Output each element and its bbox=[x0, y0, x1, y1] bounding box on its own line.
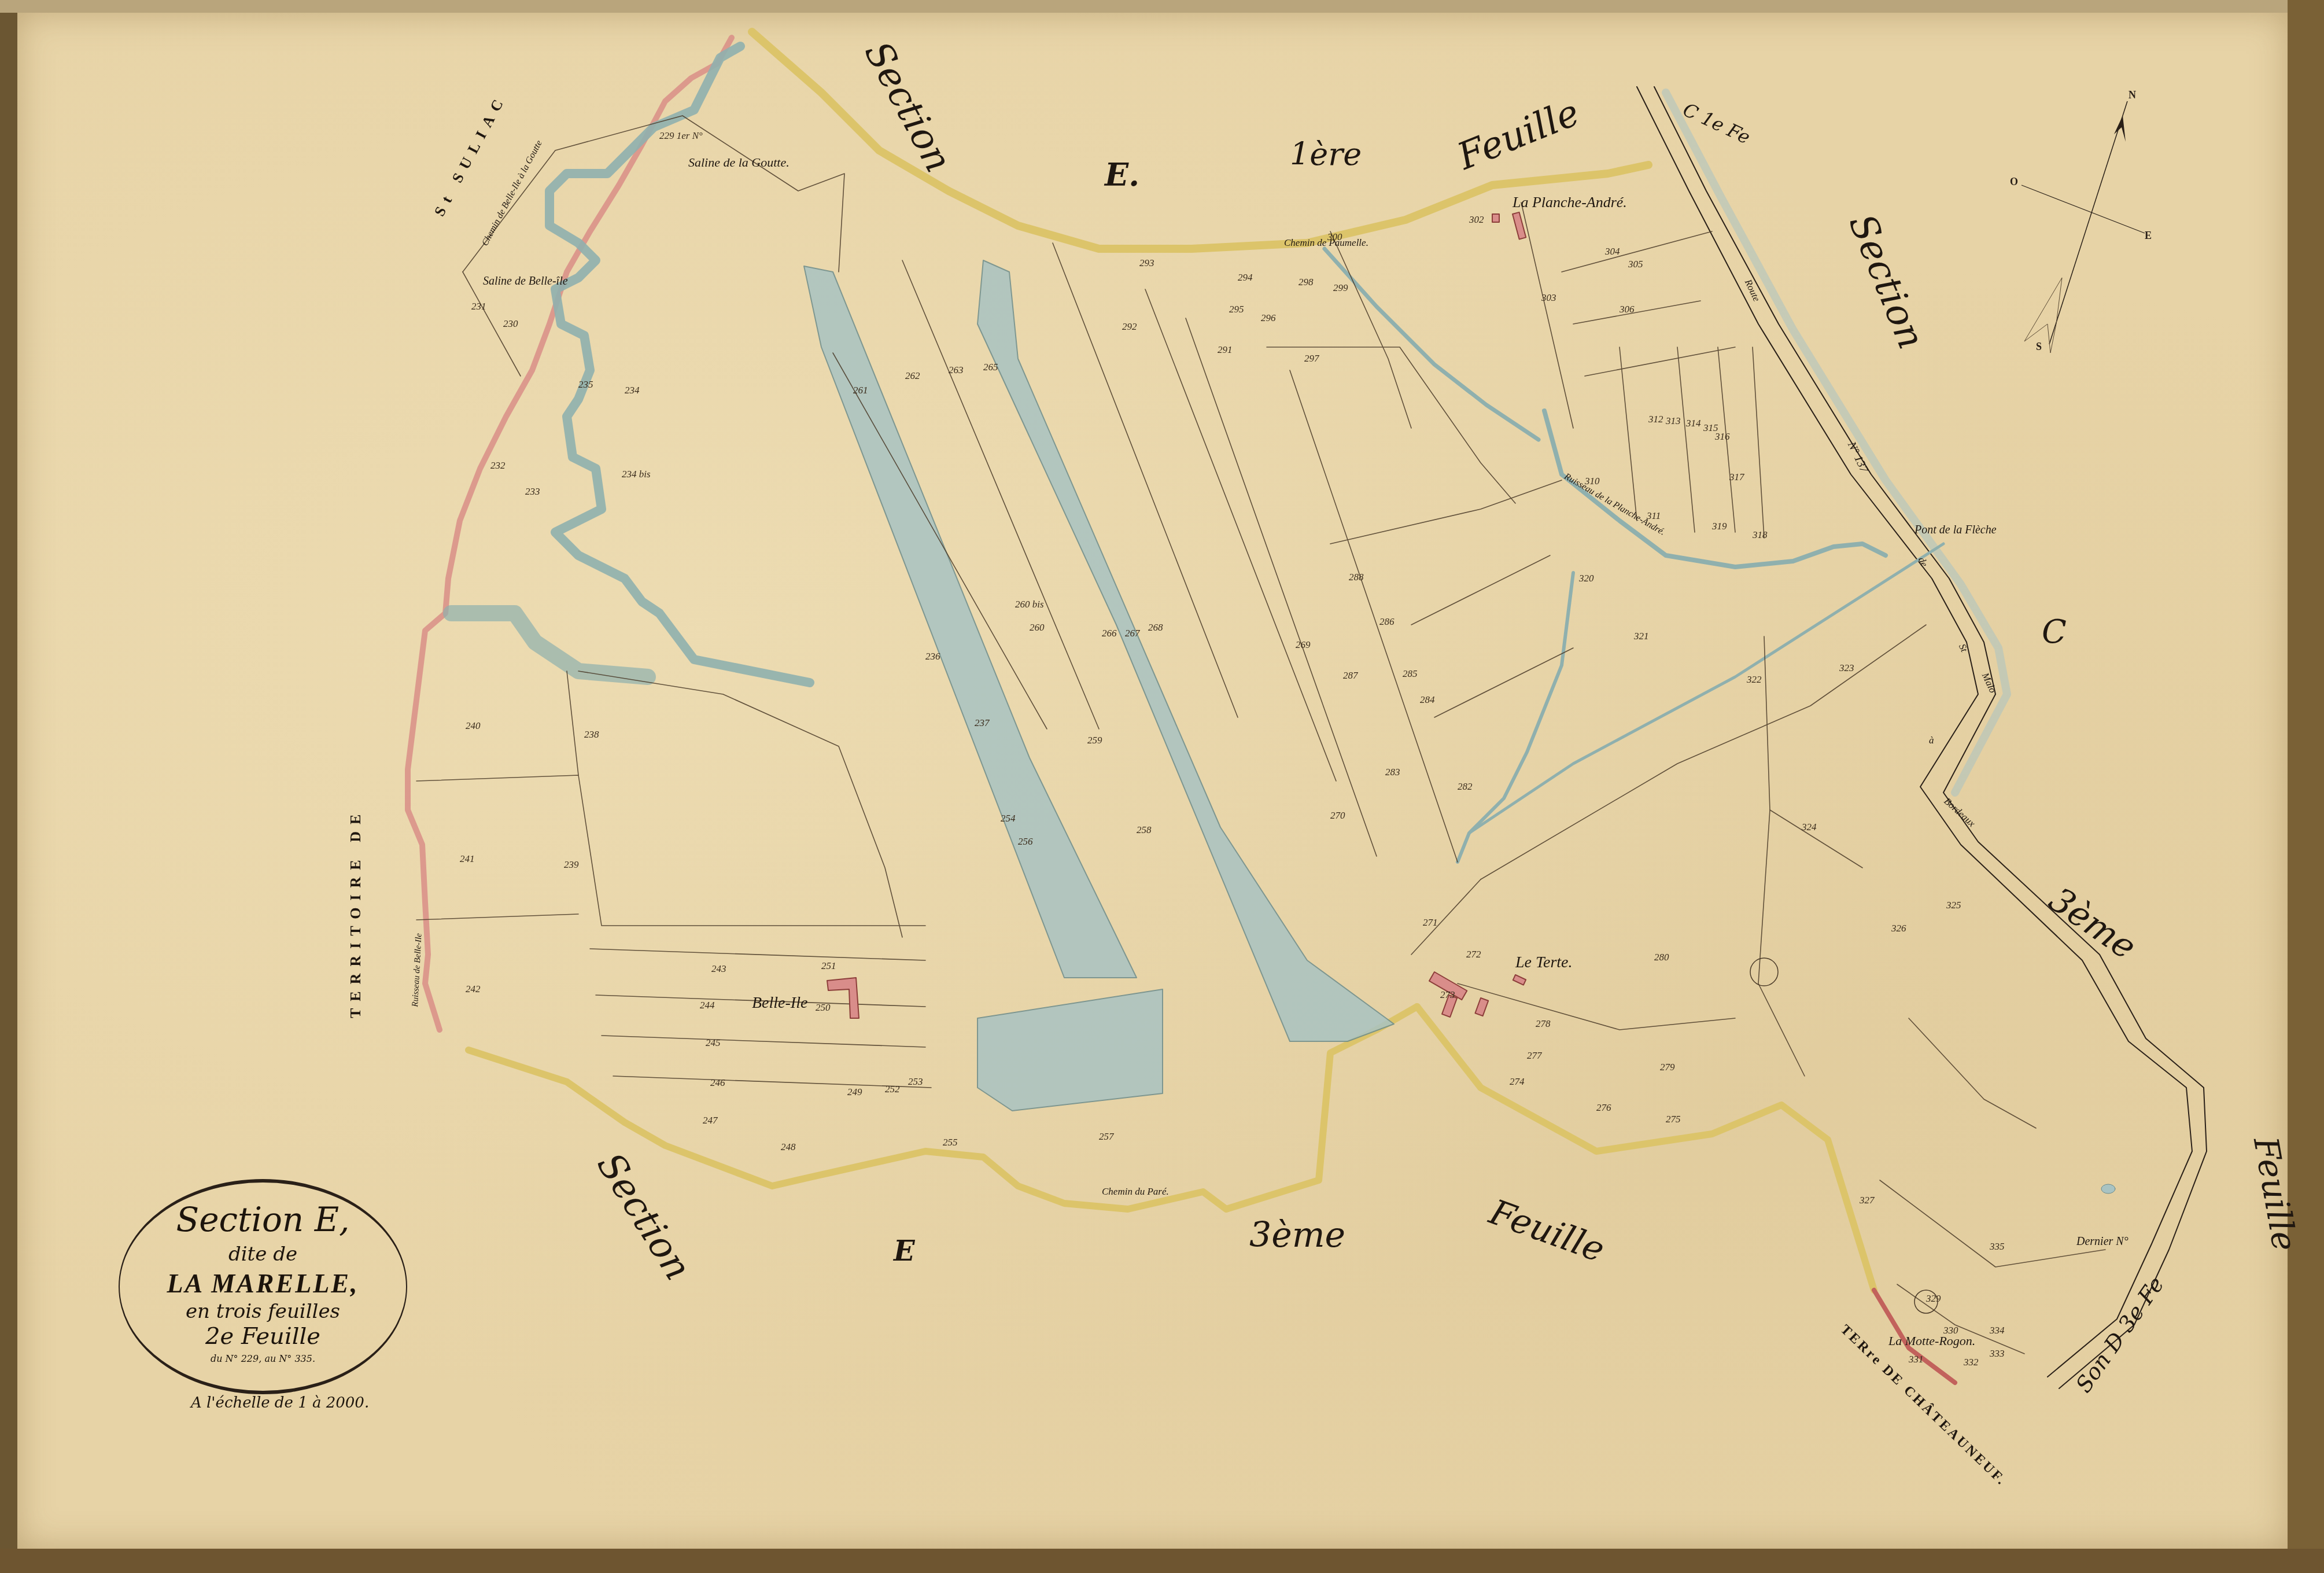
parcel-number: 260 bbox=[1030, 622, 1045, 633]
parcel-number: 237 bbox=[975, 717, 990, 729]
parcel-number: 240 bbox=[466, 720, 481, 732]
parcel-number: 265 bbox=[983, 362, 998, 373]
parcel-number: 267 bbox=[1125, 628, 1140, 639]
parcel-number: 262 bbox=[905, 370, 920, 382]
parcel-number: 293 bbox=[1139, 257, 1154, 269]
cartouche-range: du N° 229, au N° 335. bbox=[120, 1353, 406, 1364]
parcel-number: 286 bbox=[1379, 616, 1395, 628]
stream-diagonal bbox=[1469, 544, 1943, 833]
parcel-number: 274 bbox=[1510, 1076, 1525, 1088]
road-route-a: à bbox=[1929, 735, 1934, 746]
parcel-number: 330 bbox=[1943, 1325, 1958, 1336]
label-bottom-sheet-number: 3ème bbox=[1249, 1215, 1345, 1255]
compass-east-label: E bbox=[2145, 230, 2152, 241]
parcel-number: 260 bis bbox=[1015, 599, 1044, 610]
parcel-number: 300 bbox=[1327, 231, 1342, 243]
parcel-number: 285 bbox=[1403, 668, 1418, 680]
parcel-number: 248 bbox=[781, 1141, 796, 1153]
parcel-number: 310 bbox=[1585, 476, 1600, 487]
cartouche-section: Section E, bbox=[120, 1200, 406, 1239]
label-left-territory: TERRITOIRE DE bbox=[347, 808, 364, 1018]
parcel-number: 306 bbox=[1620, 304, 1635, 315]
parcel-number: 294 bbox=[1238, 272, 1253, 283]
parcel-number: 288 bbox=[1349, 572, 1364, 583]
parcel-number: 334 bbox=[1990, 1325, 2005, 1336]
parcel-number: 233 bbox=[525, 486, 540, 498]
parcel-number: 243 bbox=[711, 963, 726, 975]
parcel-number: 239 bbox=[564, 859, 579, 871]
parcel-number: 242 bbox=[466, 983, 481, 995]
place-motte-rogon: La Motte-Rogon. bbox=[1888, 1333, 1975, 1349]
compass-north-label: N bbox=[2129, 89, 2136, 101]
parcel-number: 230 bbox=[503, 318, 518, 330]
parcel-number: 324 bbox=[1802, 822, 1817, 833]
parcel-number: 298 bbox=[1299, 277, 1314, 288]
parcel-number: 231 bbox=[471, 301, 486, 312]
cartouche-dite: dite de bbox=[120, 1243, 406, 1266]
parcel-number: 316 bbox=[1715, 431, 1730, 443]
parcel-number: 304 bbox=[1605, 246, 1620, 257]
cartouche-name: LA MARELLE, bbox=[120, 1268, 406, 1299]
parcel-number: 319 bbox=[1712, 521, 1727, 532]
parcel-number: 318 bbox=[1753, 529, 1768, 541]
place-planche-andre: La Planche-André. bbox=[1513, 194, 1627, 211]
compass-south-label: S bbox=[2036, 341, 2042, 352]
label-top-sheet-number: 1ère bbox=[1290, 136, 1362, 172]
parcel-number: 241 bbox=[460, 853, 475, 865]
parcel-number: 297 bbox=[1304, 353, 1319, 364]
parcel-number: 272 bbox=[1466, 949, 1481, 960]
parcel-number: 287 bbox=[1343, 670, 1358, 681]
parcel-number: 299 bbox=[1333, 282, 1348, 294]
title-cartouche: Section E, dite de LA MARELLE, en trois … bbox=[119, 1179, 407, 1394]
parcel-number: 302 bbox=[1469, 214, 1484, 226]
place-le-tertre: Le Terte. bbox=[1515, 953, 1573, 972]
place-saline-belle-ile: Saline de Belle-île bbox=[483, 275, 568, 288]
stream-east-connector bbox=[1458, 573, 1573, 862]
cartouche-subtitle: en trois feuilles bbox=[120, 1300, 406, 1323]
basin-south bbox=[977, 989, 1163, 1111]
parcel-number: 284 bbox=[1420, 694, 1435, 706]
parcel-number: 266 bbox=[1102, 628, 1117, 639]
parcel-number: 335 bbox=[1990, 1241, 2005, 1252]
parcel-number: 321 bbox=[1634, 631, 1649, 642]
parcel-number: 236 bbox=[925, 651, 940, 662]
parcel-number: 246 bbox=[710, 1077, 725, 1089]
parcel-number: 250 bbox=[816, 1002, 831, 1014]
label-right-section-letter: C bbox=[2042, 613, 2067, 651]
parcel-number: 332 bbox=[1964, 1357, 1979, 1368]
parcel-number: 268 bbox=[1148, 622, 1163, 633]
parcel-number: 263 bbox=[949, 364, 964, 376]
parcel-number: 276 bbox=[1596, 1102, 1611, 1114]
parcel-number: 270 bbox=[1330, 810, 1345, 822]
parcel-number: 245 bbox=[706, 1037, 721, 1049]
parcel-number: 278 bbox=[1536, 1018, 1551, 1030]
parcel-number: 326 bbox=[1891, 923, 1906, 934]
parcel-number: 271 bbox=[1423, 917, 1438, 929]
parcel-number: 296 bbox=[1261, 312, 1276, 324]
parcel-number: 322 bbox=[1747, 674, 1762, 686]
parcel-number: 253 bbox=[908, 1076, 923, 1088]
parcel-number: 235 bbox=[578, 379, 593, 391]
parcel-number: 312 bbox=[1648, 414, 1663, 425]
parcel-number: 303 bbox=[1541, 292, 1556, 304]
parcel-number: 234 bbox=[625, 385, 640, 396]
parcel-number: 234 bis bbox=[622, 469, 651, 480]
building-tertre-4 bbox=[1513, 975, 1526, 985]
parcel-number: 333 bbox=[1990, 1348, 2005, 1360]
parcel-number: 277 bbox=[1527, 1050, 1542, 1062]
parcel-number: 258 bbox=[1137, 824, 1152, 836]
parcel-number: 327 bbox=[1860, 1195, 1875, 1206]
parcel-number: 329 bbox=[1926, 1293, 1941, 1305]
place-belle-ile: Belle-Ile bbox=[752, 994, 807, 1012]
parcel-number: 325 bbox=[1946, 900, 1961, 911]
cartouche-sheet: 2e Feuille bbox=[120, 1323, 406, 1350]
parcel-number: 244 bbox=[700, 1000, 715, 1011]
parcel-number: 275 bbox=[1666, 1114, 1681, 1125]
parcel-number: 247 bbox=[703, 1115, 718, 1126]
canal-west bbox=[804, 266, 1137, 978]
parcel-number: 252 bbox=[885, 1084, 900, 1095]
chemin-east-road bbox=[1417, 1007, 1874, 1290]
canal-center bbox=[977, 260, 1394, 1041]
parcel-number: 313 bbox=[1666, 415, 1681, 427]
map-scale: A l'échelle de 1 à 2000. bbox=[191, 1394, 369, 1412]
parcel-number: 292 bbox=[1122, 321, 1137, 333]
place-dernier-no: Dernier N° bbox=[2076, 1235, 2129, 1248]
parcel-number: 256 bbox=[1018, 836, 1033, 848]
parcel-number: 280 bbox=[1654, 952, 1669, 963]
building-belle-ile bbox=[827, 978, 859, 1018]
parcel-number: 283 bbox=[1385, 767, 1400, 778]
parcel-number: 251 bbox=[821, 960, 836, 972]
parcel-number: 249 bbox=[847, 1086, 862, 1098]
place-saline-goutte: Saline de la Goutte. bbox=[688, 155, 790, 170]
parcel-number: 323 bbox=[1839, 662, 1854, 674]
parcel-number: 232 bbox=[490, 460, 506, 471]
building-tertre-3 bbox=[1475, 998, 1488, 1016]
inlet-west bbox=[451, 613, 648, 677]
stream-north-branch bbox=[1325, 249, 1539, 440]
label-top-section-letter: E. bbox=[1105, 156, 1139, 193]
compass-west-label: O bbox=[2010, 176, 2018, 187]
parcel-number: 261 bbox=[853, 385, 868, 396]
road-chemin-paumelle: Chemin de Paumelle. bbox=[1284, 237, 1368, 249]
parcel-number: 269 bbox=[1296, 639, 1311, 651]
building-planche-andre-2 bbox=[1492, 214, 1499, 222]
parcel-number: 254 bbox=[1001, 813, 1016, 824]
parcel-number: 229 1er N° bbox=[659, 130, 703, 142]
parcel-boundaries bbox=[416, 116, 2105, 1354]
place-pont-fleche: Pont de la Flèche bbox=[1914, 524, 1997, 537]
parcel-number: 320 bbox=[1579, 573, 1594, 584]
parcel-number: 331 bbox=[1909, 1354, 1924, 1365]
pond-east bbox=[2101, 1184, 2115, 1193]
parcel-number: 295 bbox=[1229, 304, 1244, 315]
parcel-number: 314 bbox=[1686, 418, 1701, 429]
parcel-number: 273 bbox=[1440, 989, 1455, 1001]
parcel-number: 291 bbox=[1218, 344, 1233, 356]
compass-rose-icon: N S O E bbox=[1938, 69, 2198, 370]
parcel-number: 257 bbox=[1099, 1131, 1114, 1143]
parcel-number: 259 bbox=[1087, 735, 1102, 746]
parcel-number: 255 bbox=[943, 1137, 958, 1148]
parcel-number: 279 bbox=[1660, 1062, 1675, 1073]
parcel-number: 311 bbox=[1647, 510, 1661, 522]
parcel-number: 282 bbox=[1458, 781, 1473, 793]
road-chemin-pare: Chemin du Paré. bbox=[1102, 1186, 1169, 1198]
parcel-number: 317 bbox=[1729, 471, 1744, 483]
parcel-number: 305 bbox=[1628, 259, 1643, 270]
parcel-number: 238 bbox=[584, 729, 599, 741]
label-bottom-section-letter: E bbox=[894, 1235, 915, 1268]
mound-le-tertre bbox=[1750, 958, 1778, 986]
